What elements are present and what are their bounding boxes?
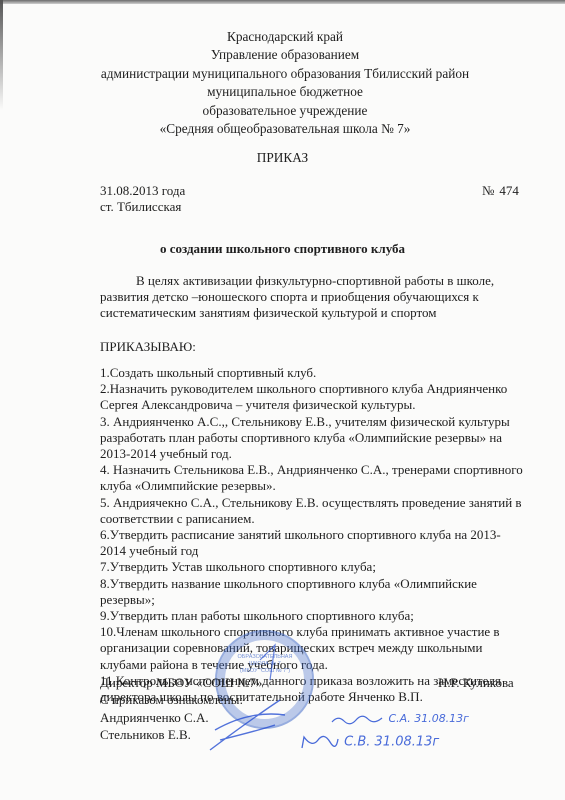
document-date: 31.08.2013 года xyxy=(100,183,185,199)
order-word: ПРИКАЗЫВАЮ: xyxy=(100,339,196,355)
document-place: ст. Тбилисская xyxy=(100,199,181,215)
order-item: 2.Назначить руководителем школьного спор… xyxy=(100,381,525,413)
order-item: 4. Назначить Стельникова Е.В., Андриянче… xyxy=(100,462,525,494)
order-item: 9.Утвердить план работы школьного спорти… xyxy=(100,608,525,624)
preamble: В целях активизации физкультурно-спортив… xyxy=(100,273,520,322)
order-item: 5. Андриячекно С.А., Стельникову Е.В. ос… xyxy=(100,495,525,527)
order-items: 1.Создать школьный спортивный клуб. 2.На… xyxy=(100,365,525,705)
order-item: 1.Создать школьный спортивный клуб. xyxy=(100,365,525,381)
letterhead-region: Краснодарский край xyxy=(60,28,510,46)
director-name: Н.Р. Куликова xyxy=(438,675,514,691)
number-sign: № xyxy=(482,183,494,198)
letterhead-administration: администрации муниципального образования… xyxy=(60,65,510,83)
order-item: 8.Утвердить название школьного спортивно… xyxy=(100,576,525,608)
document-title: ПРИКАЗ xyxy=(0,150,565,166)
letterhead: Краснодарский край Управление образовани… xyxy=(60,28,510,138)
order-item: 7.Утвердить Устав школьного спортивного … xyxy=(100,559,525,575)
document-page: Краснодарский край Управление образовани… xyxy=(0,0,565,800)
letterhead-school-name: «Средняя общеобразовательная школа № 7» xyxy=(60,120,510,138)
order-item: 6.Утвердить расписание занятий школьного… xyxy=(100,527,525,559)
signature-note: С.В. 31.08.13г xyxy=(344,735,439,750)
order-item: 10.Членам школьного спортивного клуба пр… xyxy=(100,624,525,673)
director-signature-icon xyxy=(190,640,290,760)
order-item: 3. Андриянченко А.С.,, Стельникову Е.В.,… xyxy=(100,414,525,463)
letterhead-institution-kind: образовательное учреждение xyxy=(60,102,510,120)
handwriting-scribble-icon xyxy=(300,734,340,750)
document-number: №474 xyxy=(482,183,524,199)
document-subject: о создании школьного спортивного клуба xyxy=(0,241,565,257)
letterhead-department: Управление образованием xyxy=(60,46,510,64)
signature-andriyanchenko: С.А. 31.08.13г xyxy=(330,711,469,727)
handwriting-scribble-icon xyxy=(330,713,385,725)
signature-note: С.А. 31.08.13г xyxy=(389,712,469,725)
letterhead-institution-type: муниципальное бюджетное xyxy=(60,83,510,101)
number-value: 474 xyxy=(499,183,519,198)
signature-stelnikov: С.В. 31.08.13г xyxy=(300,734,439,751)
preamble-text: В целях активизации физкультурно-спортив… xyxy=(100,273,494,320)
